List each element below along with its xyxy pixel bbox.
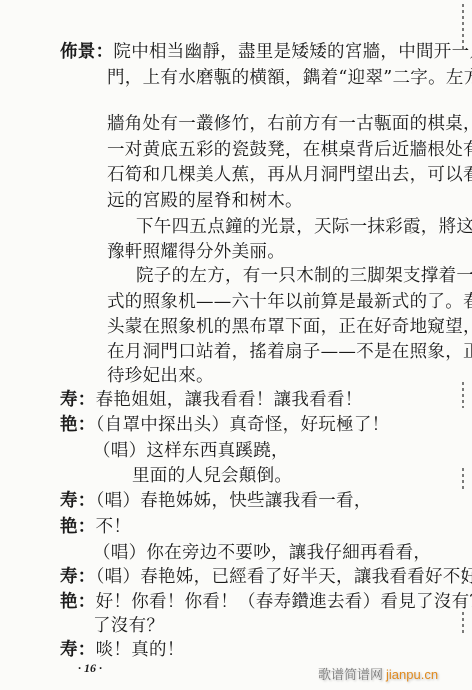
line-text: 式的照象机——六十年以前算是最新式的了。春艳把 bbox=[107, 292, 472, 312]
text-line: 在月洞門口站着，搖着扇子——不是在照象，正在等 bbox=[107, 340, 472, 365]
dialogue-line: 寿：（唱）春艳姊，已經看了好半天，讓我看看好不好！ bbox=[60, 565, 472, 590]
speaker-label: 佈景： bbox=[60, 42, 113, 62]
line-text: （唱）你在旁边不要吵，讓我仔細再看看， bbox=[93, 543, 431, 563]
line-text: 了沒有？ bbox=[93, 616, 164, 636]
dialogue-line: 寿：（唱）春艳姊姊，快些讓我看一看， bbox=[60, 489, 372, 514]
text-line: 豫軒照耀得分外美丽。 bbox=[107, 240, 285, 265]
line-text: （唱）这样东西真蹊蹺， bbox=[93, 441, 289, 461]
watermark-latin: jianpu.cn bbox=[386, 667, 438, 682]
speaker-label: 艳： bbox=[60, 415, 96, 435]
line-text: 院中相当幽靜，盡里是矮矮的宮牆，中間开一月洞 bbox=[113, 42, 472, 62]
text-line: 头蒙在照象机的黑布罩下面，正在好奇地窥望，瑾妃 bbox=[107, 315, 472, 340]
text-line: 一对黄底五彩的瓷鼓凳，在棋桌背后近牆根处有一枝 bbox=[107, 138, 472, 163]
line-text: 里面的人兒会顛倒。 bbox=[132, 466, 292, 486]
line-text: （唱）春艳姊，已經看了好半天，讓我看看好不好！ bbox=[96, 567, 472, 587]
text-line: （唱）你在旁边不要吵，讓我仔細再看看， bbox=[93, 541, 431, 566]
dialogue-line: 寿：啖！真的！ bbox=[60, 638, 185, 663]
dialogue-line: 佈景：院中相当幽靜，盡里是矮矮的宮牆，中間开一月洞 bbox=[60, 40, 472, 65]
dialogue-line: 寿：春艳姐姐，讓我看看！讓我看看！ bbox=[60, 388, 363, 413]
line-text: 牆角处有一叢修竹，右前方有一古甎面的棋桌，配着 bbox=[107, 114, 472, 134]
scanned-script-page: 佈景：院中相当幽靜，盡里是矮矮的宮牆，中間开一月洞門，上有水磨甎的横額，鐫着“迎… bbox=[0, 0, 472, 690]
text-line: 石筍和几棵美人蕉，再从月洞門望出去，可以看見远 bbox=[107, 163, 472, 188]
line-text: 远的宮殿的屋脊和树木。 bbox=[107, 191, 303, 211]
binding-edge-mark bbox=[462, 4, 464, 52]
text-line: 門，上有水磨甎的横額，鐫着“迎翠”二字。左方近 bbox=[107, 66, 472, 91]
line-text: （自罩中探出头）真奇怪，好玩極了！ bbox=[96, 415, 390, 435]
text-line: 里面的人兒会顛倒。 bbox=[132, 464, 292, 489]
line-text: 石筍和几棵美人蕉，再从月洞門望出去，可以看見远 bbox=[107, 165, 472, 185]
line-text: 啖！真的！ bbox=[96, 640, 185, 660]
speaker-label: 艳： bbox=[60, 517, 96, 537]
binding-edge-mark bbox=[462, 570, 464, 584]
text-line: 了沒有？ bbox=[93, 614, 164, 639]
dialogue-line: 艳：不！ bbox=[60, 515, 131, 540]
line-text: 一对黄底五彩的瓷鼓凳，在棋桌背后近牆根处有一枝 bbox=[107, 140, 472, 160]
line-text: 豫軒照耀得分外美丽。 bbox=[107, 242, 285, 262]
text-line: 院子的左方，有一只木制的三脚架支撑着一只旧 bbox=[136, 264, 472, 289]
text-line: 牆角处有一叢修竹，右前方有一古甎面的棋桌，配着 bbox=[107, 112, 472, 137]
text-line: 下午四五点鐘的光景，天际一抹彩霞，將这所同 bbox=[136, 215, 472, 240]
speaker-label: 艳： bbox=[60, 592, 96, 612]
line-text: 不！ bbox=[96, 517, 132, 537]
dialogue-line: 艳：好！你看！你看！（春寿鑽進去看）看見了沒有？看見 bbox=[60, 590, 472, 615]
line-text: 头蒙在照象机的黑布罩下面，正在好奇地窥望，瑾妃 bbox=[107, 317, 472, 337]
page-number: · 16 · bbox=[78, 661, 102, 676]
binding-edge-mark bbox=[462, 468, 464, 490]
line-text: 在月洞門口站着，搖着扇子——不是在照象，正在等 bbox=[107, 342, 472, 362]
binding-edge-mark bbox=[462, 382, 464, 408]
line-text: 待珍妃出來。 bbox=[107, 366, 214, 386]
text-line: 远的宮殿的屋脊和树木。 bbox=[107, 189, 303, 214]
speaker-label: 寿： bbox=[60, 640, 96, 660]
line-text: 下午四五点鐘的光景，天际一抹彩霞，將这所同 bbox=[136, 217, 472, 237]
line-text: 好！你看！你看！（春寿鑽進去看）看見了沒有？看見 bbox=[96, 592, 472, 612]
text-line: 式的照象机——六十年以前算是最新式的了。春艳把 bbox=[107, 290, 472, 315]
line-text: （唱）春艳姊姊，快些讓我看一看， bbox=[96, 491, 372, 511]
line-text: 門，上有水磨甎的横額，鐫着“迎翠”二字。左方近 bbox=[107, 68, 472, 88]
dialogue-line: 艳：（自罩中探出头）真奇怪，好玩極了！ bbox=[60, 413, 389, 438]
text-line: 待珍妃出來。 bbox=[107, 364, 214, 389]
text-line: （唱）这样东西真蹊蹺， bbox=[93, 439, 289, 464]
speaker-label: 寿： bbox=[60, 390, 96, 410]
speaker-label: 寿： bbox=[60, 491, 96, 511]
speaker-label: 寿： bbox=[60, 567, 96, 587]
line-text: 院子的左方，有一只木制的三脚架支撑着一只旧 bbox=[136, 266, 472, 286]
line-text: 春艳姐姐，讓我看看！讓我看看！ bbox=[96, 390, 363, 410]
watermark-chinese: 歌谱简谱网 bbox=[318, 668, 383, 683]
watermark: 歌谱简谱网jianpu.cn bbox=[318, 664, 438, 683]
binding-edge-mark bbox=[462, 612, 464, 634]
